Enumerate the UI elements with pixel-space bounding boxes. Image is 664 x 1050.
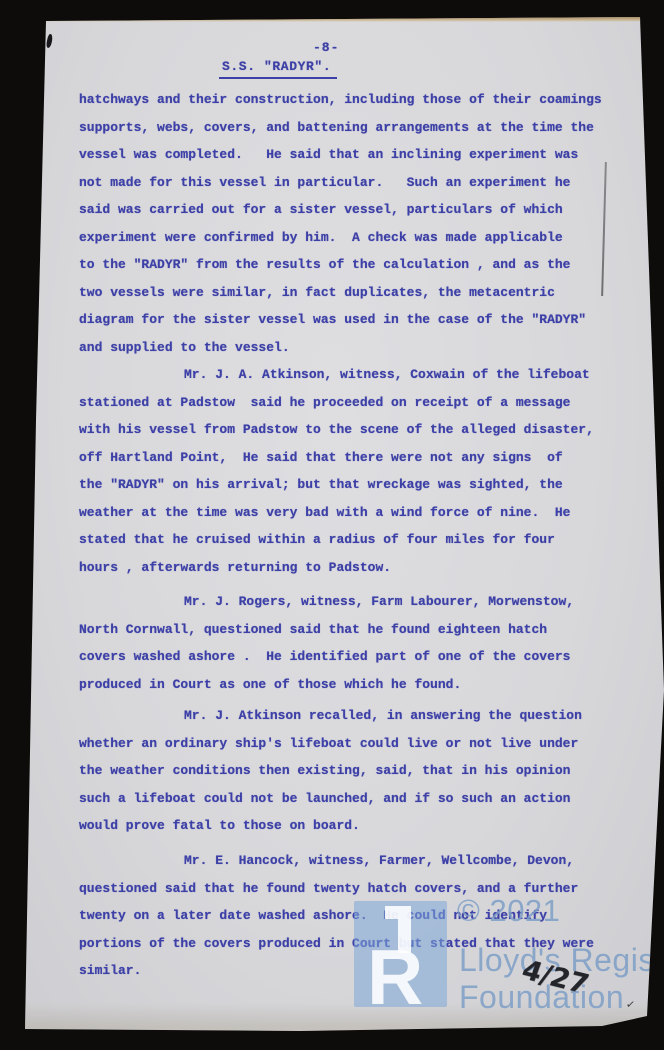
paragraph: Mr. J. A. Atkinson, witness, Coxwain of … (79, 361, 624, 581)
text-line: stationed at Padstow said he proceeded o… (79, 389, 624, 417)
text-line: weather at the time was very bad with a … (79, 499, 624, 527)
text-line: would prove fatal to those on board. (79, 812, 624, 840)
paper-sheet: -8- S.S. "RADYR". hatchways and their co… (0, 0, 664, 1050)
text-line: twenty on a later date washed ashore. He… (79, 902, 624, 930)
text-line: the weather conditions then existing, sa… (79, 757, 624, 785)
text-line: portions of the covers produced in Court… (79, 930, 624, 958)
text-line: supports, webs, covers, and battening ar… (79, 114, 624, 142)
text-line: hours , afterwards returning to Padstow. (79, 554, 624, 582)
text-line: and supplied to the vessel. (79, 334, 624, 362)
text-line: stated that he cruised within a radius o… (79, 526, 624, 554)
text-line: Mr. J. A. Atkinson, witness, Coxwain of … (79, 361, 624, 389)
text-line: Mr. J. Rogers, witness, Farm Labourer, M… (79, 588, 624, 616)
text-line: hatchways and their construction, includ… (79, 86, 624, 114)
paragraph: Mr. J. Rogers, witness, Farm Labourer, M… (79, 588, 624, 698)
text-line: experiment were confirmed by him. A chec… (79, 224, 624, 252)
text-line: covers washed ashore . He identified par… (79, 643, 624, 671)
text-line: with his vessel from Padstow to the scen… (79, 416, 624, 444)
text-line: diagram for the sister vessel was used i… (79, 306, 624, 334)
text-line: off Hartland Point, He said that there w… (79, 444, 624, 472)
text-line: two vessels were similar, in fact duplic… (79, 279, 624, 307)
text-line: whether an ordinary ship's lifeboat coul… (79, 730, 624, 758)
text-line: questioned said that he found twenty hat… (79, 875, 624, 903)
paragraph: Mr. J. Atkinson recalled, in answering t… (79, 702, 624, 840)
check-mark: ✓ (625, 997, 636, 1011)
text-line: North Cornwall, questioned said that he … (79, 616, 624, 644)
text-line: produced in Court as one of those which … (79, 671, 624, 699)
document-body: hatchways and their construction, includ… (0, 0, 664, 1050)
scanned-document: -8- S.S. "RADYR". hatchways and their co… (0, 0, 664, 1050)
text-line: such a lifeboat could not be launched, a… (79, 785, 624, 813)
text-line: vessel was completed. He said that an in… (79, 141, 624, 169)
paragraph: hatchways and their construction, includ… (79, 86, 624, 361)
text-line: said was carried out for a sister vessel… (79, 196, 624, 224)
text-line: the "RADYR" on his arrival; but that wre… (79, 471, 624, 499)
text-line: Mr. J. Atkinson recalled, in answering t… (79, 702, 624, 730)
text-line: not made for this vessel in particular. … (79, 169, 624, 197)
text-line: to the "RADYR" from the results of the c… (79, 251, 624, 279)
text-line: Mr. E. Hancock, witness, Farmer, Wellcom… (79, 847, 624, 875)
